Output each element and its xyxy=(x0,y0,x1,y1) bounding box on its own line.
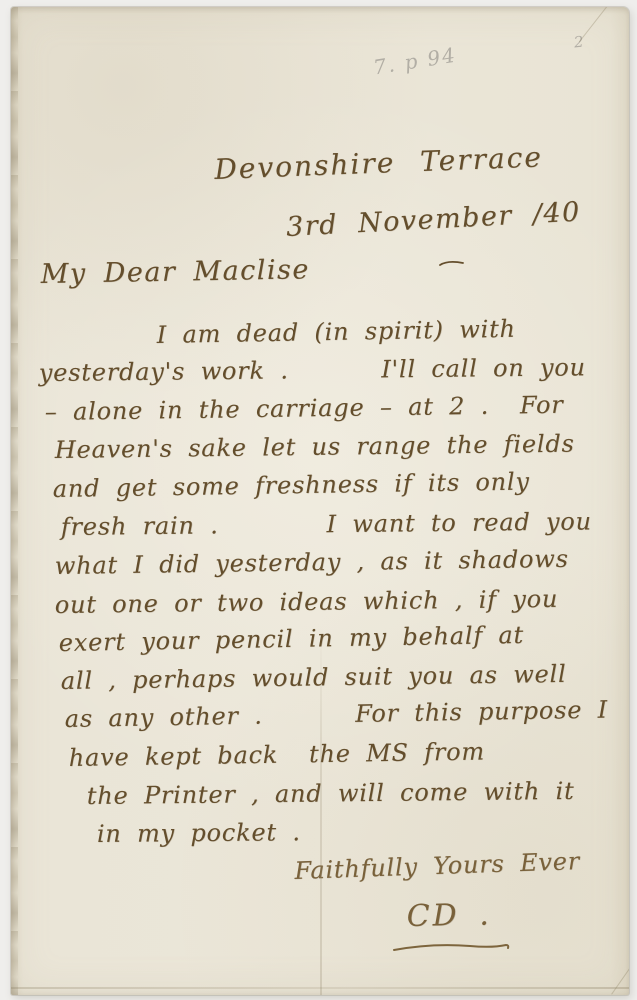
letter-line: and get some freshness if its only xyxy=(53,468,530,503)
letter-signature: CD . xyxy=(406,898,492,934)
letter-address: Devonshire Terrace xyxy=(214,140,544,186)
letter-line: have kept back the MS from xyxy=(69,737,486,772)
signature-flourish xyxy=(392,940,512,954)
deckled-edge xyxy=(11,7,18,995)
letter-line: yesterday's work . I'll call on you xyxy=(39,353,586,387)
letter-line: – alone in the carriage – at 2 . For xyxy=(45,391,564,426)
pencil-annotation-page-ref: 7. p 94 xyxy=(372,43,459,80)
bottom-fold-crease xyxy=(11,987,629,989)
letter-line: Heaven's sake let us range the fields xyxy=(55,430,575,464)
letter-date: 3rd November /40 xyxy=(285,197,581,243)
vertical-fold-crease xyxy=(320,627,322,995)
letter-line: I am dead (in spirit) with xyxy=(157,315,516,349)
date-flourish xyxy=(439,259,465,267)
letter-line: fresh rain . I want to read you xyxy=(61,507,592,541)
corner-crease xyxy=(579,7,629,71)
letter-line: out one or two ideas which , if you xyxy=(55,585,559,619)
letter-salutation: My Dear Maclise xyxy=(40,254,310,290)
letter-valediction: Faithfully Yours Ever xyxy=(294,847,580,885)
letter-line: exert your pencil in my behalf at xyxy=(59,621,525,657)
letter-line: as any other . For this purpose I xyxy=(65,696,609,733)
letter-line: what I did yesterday , as it shadows xyxy=(55,545,569,580)
letter-line: the Printer , and will come with it xyxy=(87,777,575,810)
letter-line: all , perhaps would suit you as well xyxy=(61,660,567,695)
letter-paper: 7. p 94 2 Devonshire Terrace 3rd Novembe… xyxy=(11,7,629,995)
letter-line: in my pocket . xyxy=(97,818,301,848)
scanned-letter-page: 7. p 94 2 Devonshire Terrace 3rd Novembe… xyxy=(0,0,637,1000)
